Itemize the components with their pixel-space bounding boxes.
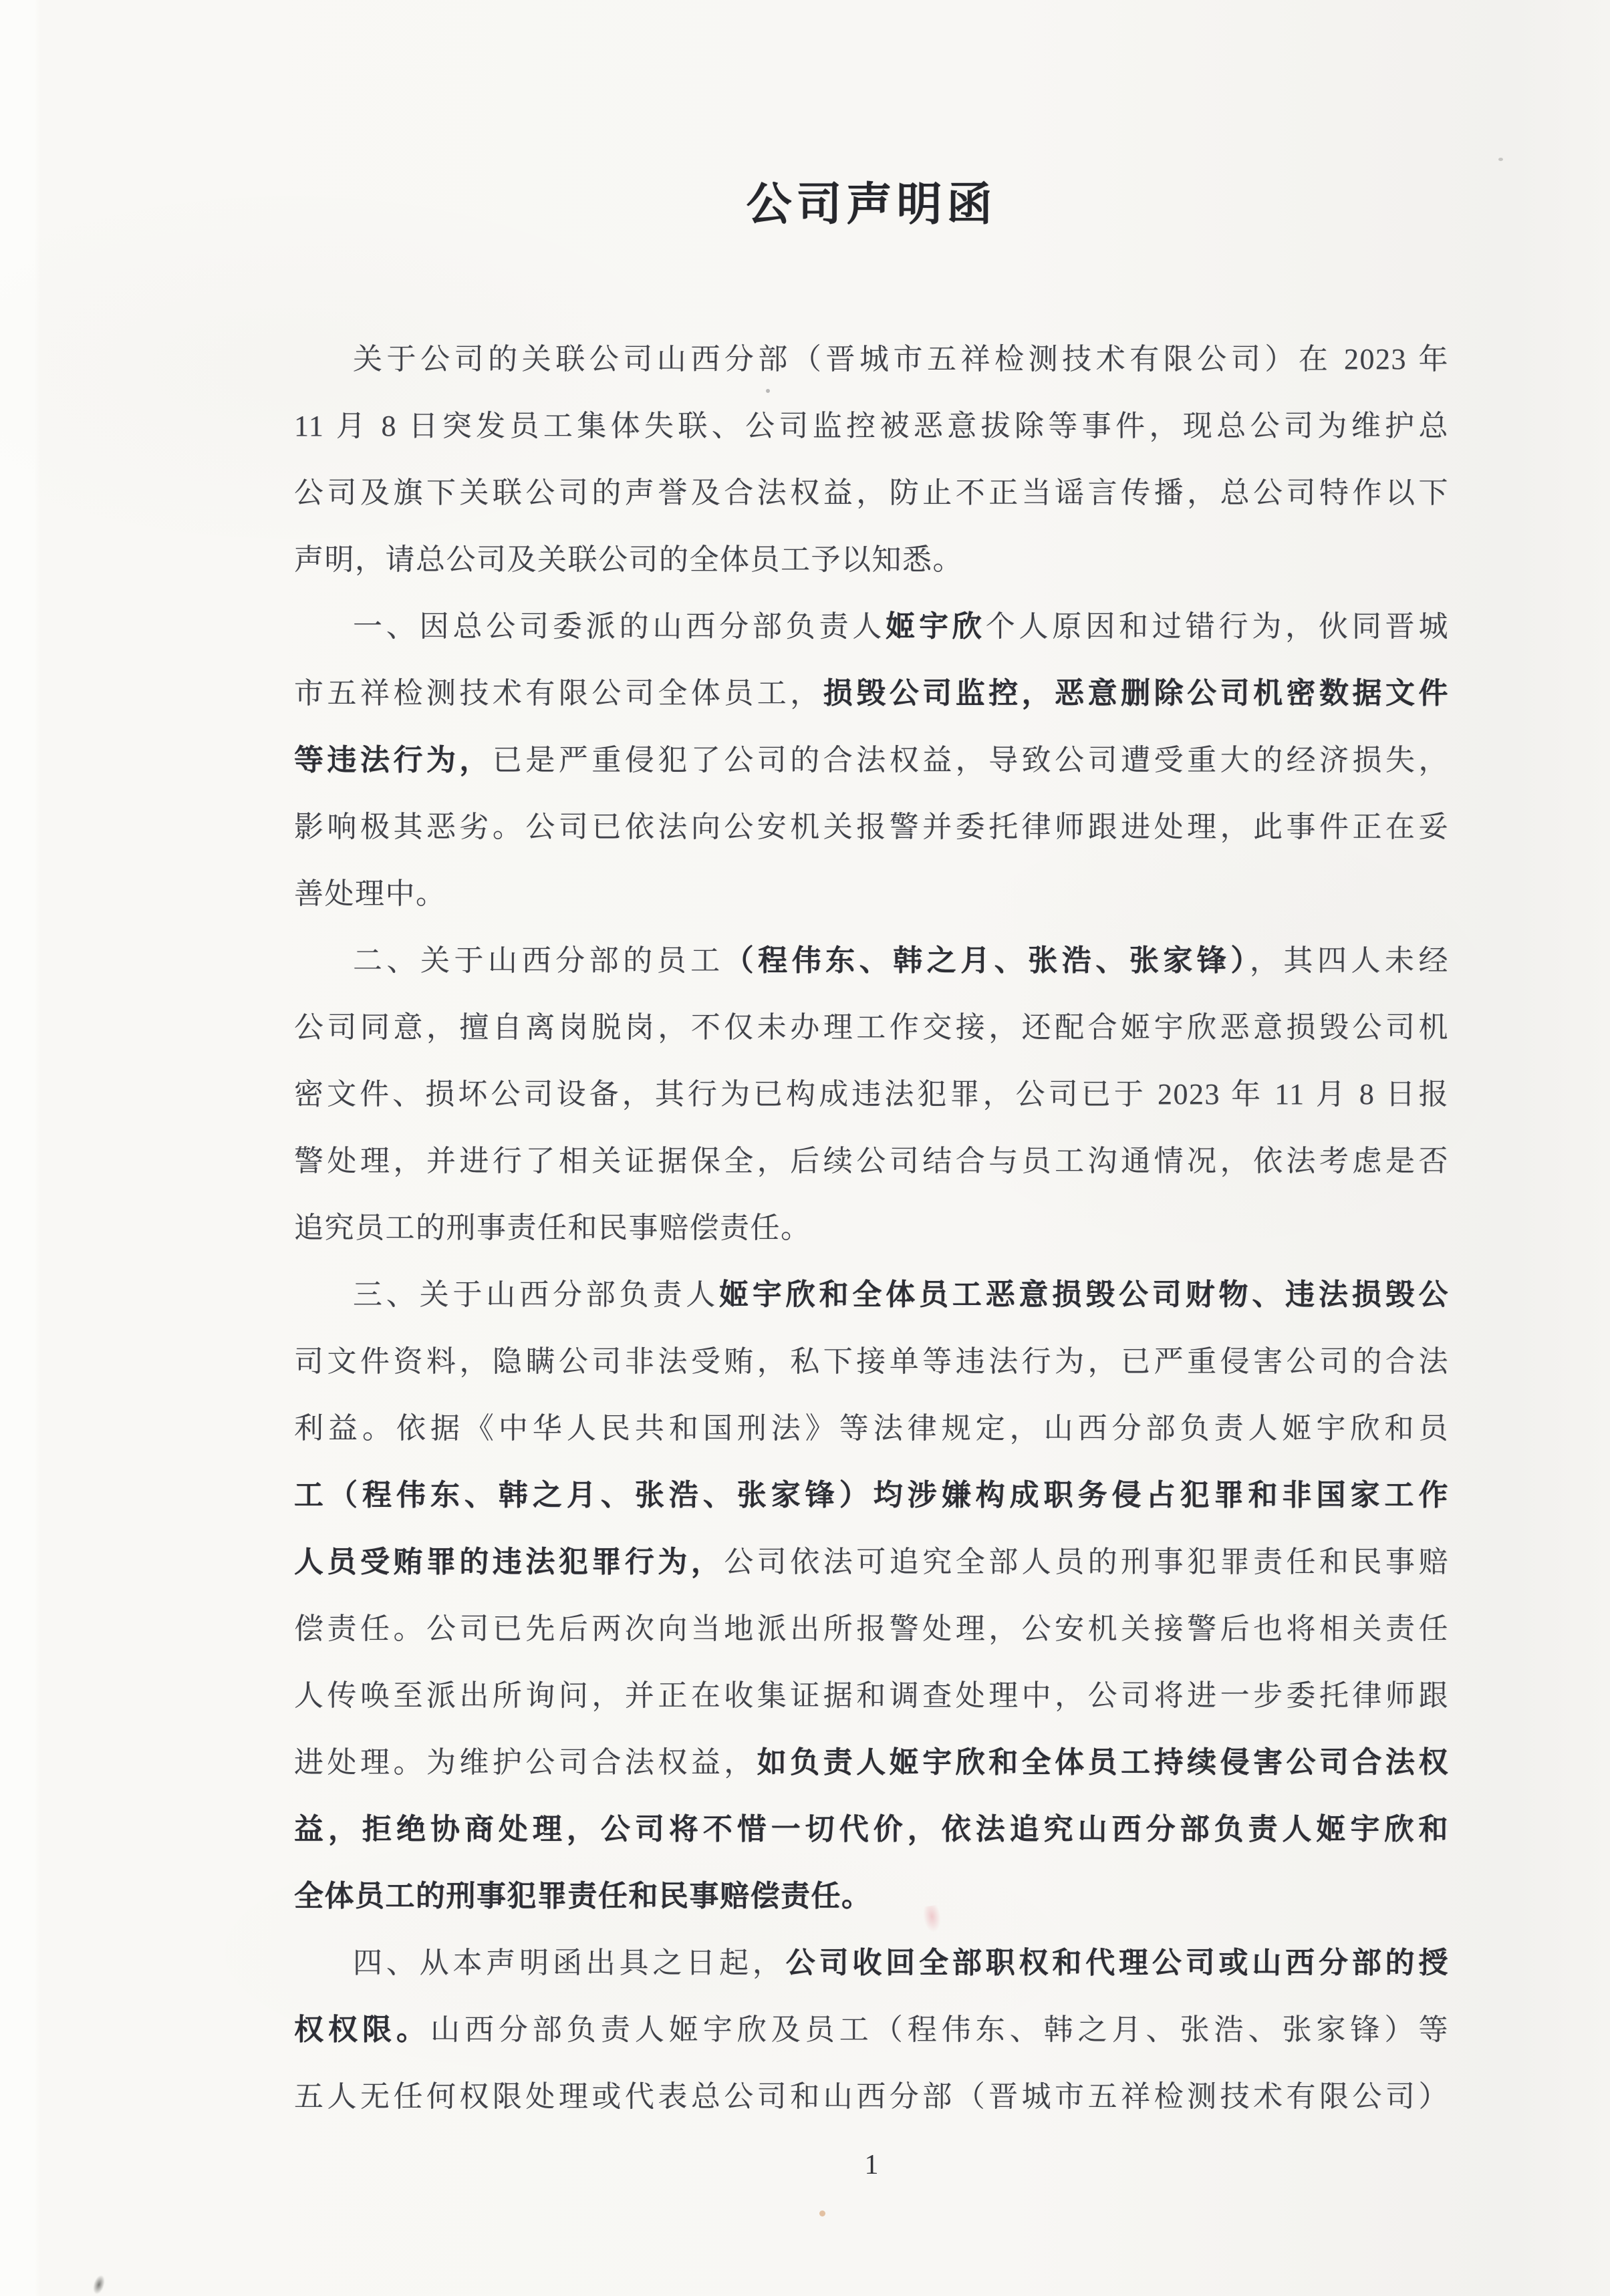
bold-text-run: 损毁公司监控，恶意删除公司机密数据文件: [823, 677, 1449, 710]
text-line: 等违法行为，已是严重侵犯了公司的合法权益，导致公司遭受重大的经济损失，: [294, 727, 1449, 794]
page-number: 1: [294, 2145, 1449, 2185]
document-body: 关于公司的关联公司山西分部（晋城市五祥检测技术有限公司）在 2023 年11 月…: [294, 326, 1449, 2130]
text-run: 公司同意，擅自离岗脱岗，不仅未办理工作交接，还配合姬宇欣恶意损毁公司机: [294, 1011, 1449, 1044]
text-line: 偿责任。公司已先后两次向当地派出所报警处理，公安机关接警后也将相关责任: [294, 1596, 1449, 1663]
text-run: 进处理。为维护公司合法权益，: [294, 1746, 757, 1779]
text-run: 一、因总公司委派的山西分部负责人: [353, 610, 886, 643]
bold-text-run: 姬宇欣和全体员工恶意损毁公司财物、违法损毁公: [719, 1278, 1449, 1311]
scan-artifact-pen-mark: [91, 2273, 107, 2295]
text-line: 五人无任何权限处理或代表总公司和山西分部（晋城市五祥检测技术有限公司）: [294, 2063, 1449, 2130]
text-line: 司文件资料，隐瞒公司非法受贿，私下接单等违法行为，已严重侵害公司的合法: [294, 1328, 1449, 1395]
text-run: 11 月 8 日突发员工集体失联、公司监控被恶意拔除等事件，现总公司为维护总: [294, 410, 1449, 442]
text-line: 全体员工的刑事犯罪责任和民事赔偿责任。: [294, 1863, 1449, 1930]
page-title: 公司声明函: [294, 172, 1449, 237]
text-run: 人传唤至派出所询问，并正在收集证据和调查处理中，公司将进一步委托律师跟: [294, 1679, 1449, 1712]
text-run: 公司及旗下关联公司的声誉及合法权益，防止不正当谣言传播，总公司特作以下: [294, 476, 1449, 509]
text-run: 声明，请总公司及关联公司的全体员工予以知悉。: [294, 543, 963, 576]
text-line: 进处理。为维护公司合法权益，如负责人姬宇欣和全体员工持续侵害公司合法权: [294, 1729, 1449, 1796]
text-run: 个人原因和过错行为，伙同晋城: [986, 610, 1449, 643]
bold-text-run: （程伟东、韩之月、张浩、张家锋）: [724, 944, 1250, 977]
scanned-page: 公司声明函 关于公司的关联公司山西分部（晋城市五祥检测技术有限公司）在 2023…: [0, 0, 1610, 2296]
text-line: 密文件、损坏公司设备，其行为已构成违法犯罪，公司已于 2023 年 11 月 8…: [294, 1061, 1449, 1128]
text-run: ，其四人未经: [1250, 944, 1449, 977]
text-run: 偿责任。公司已先后两次向当地派出所报警处理，公安机关接警后也将相关责任: [294, 1612, 1449, 1645]
text-run: 三、关于山西分部负责人: [353, 1278, 719, 1311]
text-line: 关于公司的关联公司山西分部（晋城市五祥检测技术有限公司）在 2023 年: [294, 326, 1449, 393]
text-line: 三、关于山西分部负责人姬宇欣和全体员工恶意损毁公司财物、违法损毁公: [294, 1262, 1449, 1328]
bold-text-run: 工（程伟东、韩之月、张浩、张家锋）均涉嫌构成职务侵占犯罪和非国家工作: [294, 1479, 1449, 1512]
text-run: 司文件资料，隐瞒公司非法受贿，私下接单等违法行为，已严重侵害公司的合法: [294, 1345, 1449, 1378]
text-line: 11 月 8 日突发员工集体失联、公司监控被恶意拔除等事件，现总公司为维护总: [294, 393, 1449, 460]
bold-text-run: 全体员工的刑事犯罪责任和民事赔偿责任。: [294, 1880, 872, 1912]
bold-text-run: 姬宇欣: [886, 610, 985, 643]
text-run: 市五祥检测技术有限公司全体员工，: [294, 677, 823, 710]
text-line: 善处理中。: [294, 861, 1449, 927]
text-line: 二、关于山西分部的员工（程伟东、韩之月、张浩、张家锋），其四人未经: [294, 927, 1449, 994]
text-line: 公司及旗下关联公司的声誉及合法权益，防止不正当谣言传播，总公司特作以下: [294, 460, 1449, 527]
bold-text-run: 公司收回全部职权和代理公司或山西分部的授: [786, 1947, 1449, 1979]
text-line: 人员受贿罪的违法犯罪行为，公司依法可追究全部人员的刑事犯罪责任和民事赔: [294, 1529, 1449, 1596]
bold-text-run: 等违法行为，: [294, 744, 493, 776]
text-run: 善处理中。: [294, 877, 446, 910]
text-line: 公司同意，擅自离岗脱岗，不仅未办理工作交接，还配合姬宇欣恶意损毁公司机: [294, 994, 1449, 1061]
text-line: 警处理，并进行了相关证据保全，后续公司结合与员工沟通情况，依法考虑是否: [294, 1128, 1449, 1195]
text-line: 一、因总公司委派的山西分部负责人姬宇欣个人原因和过错行为，伙同晋城: [294, 593, 1449, 660]
text-run: 公司依法可追究全部人员的刑事犯罪责任和民事赔: [724, 1546, 1449, 1578]
text-line: 声明，请总公司及关联公司的全体员工予以知悉。: [294, 527, 1449, 593]
text-run: 四、从本声明函出具之日起，: [353, 1947, 786, 1979]
text-run: 二、关于山西分部的员工: [353, 944, 724, 977]
text-line: 追究员工的刑事责任和民事赔偿责任。: [294, 1195, 1449, 1262]
text-run: 密文件、损坏公司设备，其行为已构成违法犯罪，公司已于 2023 年 11 月 8…: [294, 1078, 1449, 1111]
text-run: 追究员工的刑事责任和民事赔偿责任。: [294, 1211, 811, 1244]
text-line: 市五祥检测技术有限公司全体员工，损毁公司监控，恶意删除公司机密数据文件: [294, 660, 1449, 727]
text-line: 影响极其恶劣。公司已依法向公安机关报警并委托律师跟进处理，此事件正在妥: [294, 794, 1449, 861]
text-line: 益，拒绝协商处理，公司将不惜一切代价，依法追究山西分部负责人姬宇欣和: [294, 1796, 1449, 1863]
text-run: 影响极其恶劣。公司已依法向公安机关报警并委托律师跟进处理，此事件正在妥: [294, 811, 1449, 843]
text-run: 山西分部负责人姬宇欣及员工（程伟东、韩之月、张浩、张家锋）等: [430, 2013, 1449, 2046]
scan-artifact-orange-speck: [819, 2210, 825, 2216]
text-run: 利益。依据《中华人民共和国刑法》等法律规定，山西分部负责人姬宇欣和员: [294, 1412, 1449, 1445]
text-run: 五人无任何权限处理或代表总公司和山西分部（晋城市五祥检测技术有限公司）: [294, 2080, 1449, 2113]
text-line: 人传唤至派出所询问，并正在收集证据和调查处理中，公司将进一步委托律师跟: [294, 1663, 1449, 1729]
text-run: 警处理，并进行了相关证据保全，后续公司结合与员工沟通情况，依法考虑是否: [294, 1145, 1449, 1177]
text-run: 已是严重侵犯了公司的合法权益，导致公司遭受重大的经济损失，: [493, 744, 1449, 776]
text-line: 工（程伟东、韩之月、张浩、张家锋）均涉嫌构成职务侵占犯罪和非国家工作: [294, 1462, 1449, 1529]
text-line: 四、从本声明函出具之日起，公司收回全部职权和代理公司或山西分部的授: [294, 1930, 1449, 1997]
text-run: 关于公司的关联公司山西分部（晋城市五祥检测技术有限公司）在 2023 年: [353, 343, 1449, 376]
bold-text-run: 人员受贿罪的违法犯罪行为，: [294, 1546, 724, 1578]
text-line: 利益。依据《中华人民共和国刑法》等法律规定，山西分部负责人姬宇欣和员: [294, 1395, 1449, 1462]
bold-text-run: 益，拒绝协商处理，公司将不惜一切代价，依法追究山西分部负责人姬宇欣和: [294, 1813, 1449, 1846]
bold-text-run: 如负责人姬宇欣和全体员工持续侵害公司合法权: [757, 1746, 1449, 1779]
text-line: 权权限。山西分部负责人姬宇欣及员工（程伟东、韩之月、张浩、张家锋）等: [294, 1997, 1449, 2063]
bold-text-run: 权权限。: [294, 2013, 430, 2046]
scan-artifact-gray-speck-2: [1498, 158, 1503, 161]
